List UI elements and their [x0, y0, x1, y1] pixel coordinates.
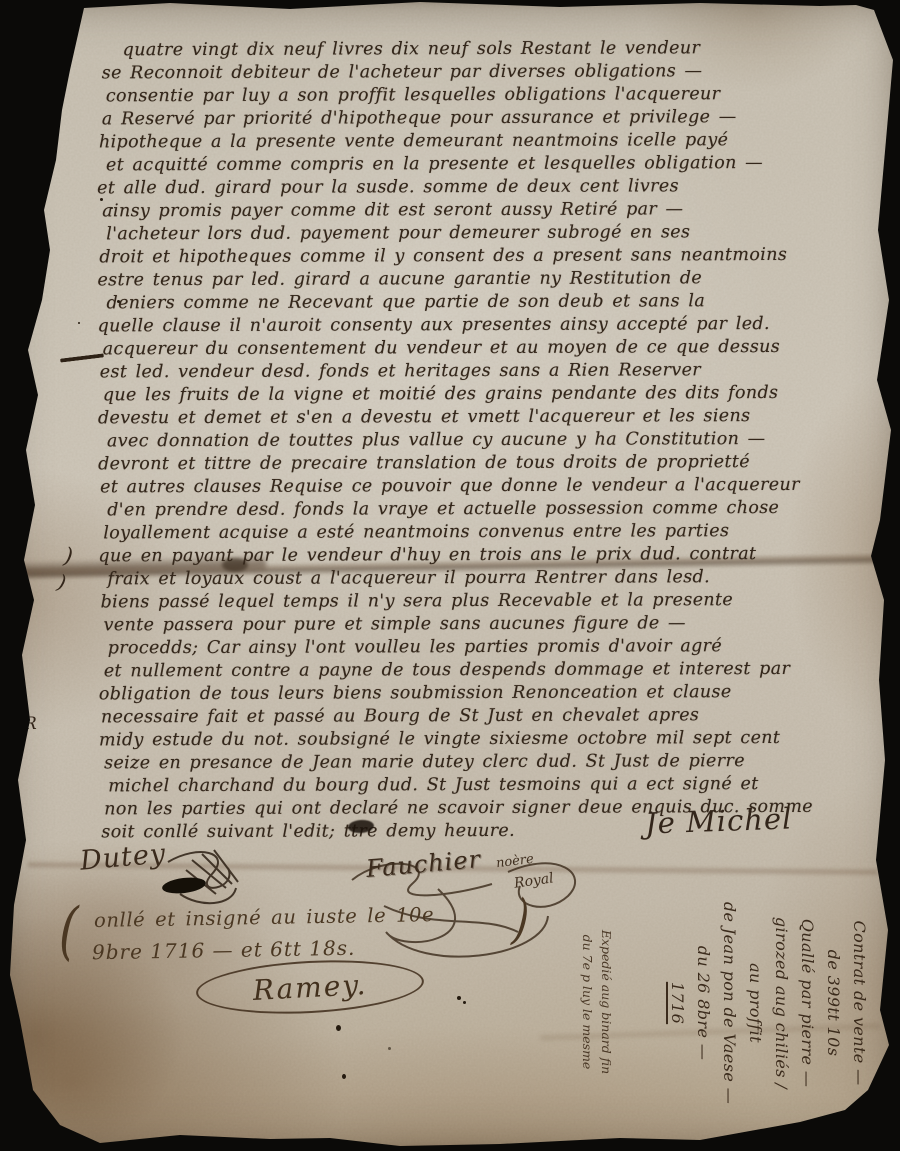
manuscript-line: a Reservé par priorité d'hipotheque pour…: [102, 106, 872, 132]
manuscript-line: est led. vendeur desd. fonds et heritage…: [100, 359, 873, 385]
dorsal-line: Expedié aug binard fin: [597, 882, 616, 1122]
ink-speck: [457, 996, 461, 1000]
registration-close-paren: ): [510, 887, 532, 955]
michel-signature: Je Michel: [644, 801, 792, 840]
manuscript-line: obligation de tous leurs biens soubmissi…: [99, 681, 874, 707]
dorsal-line: du 7e p luy le mesme: [578, 882, 597, 1122]
margin-paren-mark: ): [62, 544, 74, 570]
manuscript-line: fraix et loyaux coust a l'acquereur il p…: [107, 566, 873, 592]
manuscript-line: que les fruits de la vigne et moitié des…: [103, 382, 873, 408]
manuscript-line: d'en prendre desd. fonds la vraye et act…: [107, 497, 873, 523]
photograph-of-notarial-deed: quatre vingt dix neuf livres dix neuf so…: [0, 0, 900, 1151]
ramey-signature-text: Ramey.: [252, 968, 368, 1007]
dorsal-line: Contrat de vente —: [846, 868, 872, 1138]
dorsal-line: au proffit: [742, 868, 768, 1138]
registration-open-paren: (: [58, 893, 80, 969]
manuscript-line: hipotheque a la presente vente demeurant…: [99, 129, 872, 155]
manuscript-line: et alle dud. girard pour la susde. somme…: [97, 175, 872, 201]
ink-speck: [117, 300, 120, 303]
manuscript-line: consentie par luy a son proffit lesquell…: [106, 83, 872, 109]
manuscript-line: et acquitté comme compris en la presente…: [106, 152, 872, 178]
manuscript-line: quatre vingt dix neuf livres dix neuf so…: [123, 37, 872, 63]
manuscript-line: procedds; Car ainsy l'ont voulleu les pa…: [108, 635, 874, 661]
manuscript-body-text: quatre vingt dix neuf livres dix neuf so…: [97, 37, 875, 845]
manuscript-line: et nullement contre a payne de tous desp…: [104, 658, 874, 684]
ink-speck: [336, 1025, 341, 1031]
manuscript-line: l'acheteur lors dud. payement pour demeu…: [106, 221, 872, 247]
manuscript-line: acquereur du consentement du vendeur et …: [103, 336, 873, 362]
ink-speck: [388, 1047, 391, 1050]
manuscript-line: estre tenus par led. girard a aucune gar…: [97, 267, 872, 293]
manuscript-line: biens passé lequel temps il n'y sera plu…: [101, 589, 874, 615]
manuscript-line: seize en presance de Jean marie dutey cl…: [104, 750, 874, 776]
notary-signature: Fauchier: [365, 845, 482, 883]
notary-title: noère: [495, 852, 534, 871]
dutey-signature: Dutey: [79, 838, 167, 876]
manuscript-line: devront et tittre de precaire translatio…: [98, 451, 873, 477]
ink-speck: [100, 198, 103, 201]
ramey-signature: Ramey.: [195, 955, 425, 1019]
ink-speck: [111, 207, 113, 209]
manuscript-line: que en payant par le vendeur d'huy en tr…: [98, 543, 873, 569]
margin-paren-mark: ): [55, 569, 68, 594]
manuscript-line: devestu et demet et s'en a devestu et vm…: [98, 405, 873, 431]
manuscript-line: droit et hipotheques comme il y consent …: [99, 244, 872, 270]
dorsal-line: Quallé par pierre —: [794, 868, 820, 1138]
dorsal-line: du 26 8bre —: [690, 868, 716, 1138]
dorsal-note-summary: Contrat de vente — de 399tt 10s Quallé p…: [642, 868, 872, 1138]
dorsal-line: girozed aug chiliés /: [768, 868, 794, 1138]
manuscript-line: deniers comme ne Recevant que partie de …: [106, 290, 872, 316]
ink-blot-large: [161, 875, 207, 895]
manuscript-line: vente passera pour pure et simple sans a…: [104, 612, 874, 638]
manuscript-line: et autres clauses Requise ce pouvoir que…: [100, 474, 873, 500]
ink-speck: [342, 1074, 346, 1079]
manuscript-paper: quatre vingt dix neuf livres dix neuf so…: [0, 0, 900, 1151]
manuscript-line: ainsy promis payer comme dit est seront …: [102, 198, 872, 224]
ink-speck: [78, 322, 80, 324]
dorsal-note-expedition: Expedié aug binard fin du 7e p luy le me…: [574, 882, 616, 1122]
dorsal-line: de Jean pon de Vaese —: [716, 868, 742, 1138]
registration-line1: onllé et insigné au iuste le 10e: [94, 903, 435, 932]
manuscript-line: se Reconnoit debiteur de l'acheteur par …: [102, 60, 872, 86]
manuscript-line: necessaire fait et passé au Bourg de St …: [101, 704, 874, 730]
manuscript-line: quelle clause il n'auroit consenty aux p…: [98, 313, 873, 339]
manuscript-line: michel charchand du bourg dud. St Just t…: [108, 773, 874, 799]
dorsal-line: de 399tt 10s: [820, 868, 846, 1138]
manuscript-line: avec donnation de touttes plus vallue cy…: [107, 428, 873, 454]
ink-speck: [463, 1001, 466, 1004]
dorsal-line-year: 1716: [664, 868, 690, 1138]
manuscript-line: midy estude du not. soubsigné le vingte …: [99, 727, 874, 753]
margin-r-mark: R: [24, 714, 37, 734]
manuscript-line: loyallement acquise a esté neantmoins co…: [103, 520, 873, 546]
